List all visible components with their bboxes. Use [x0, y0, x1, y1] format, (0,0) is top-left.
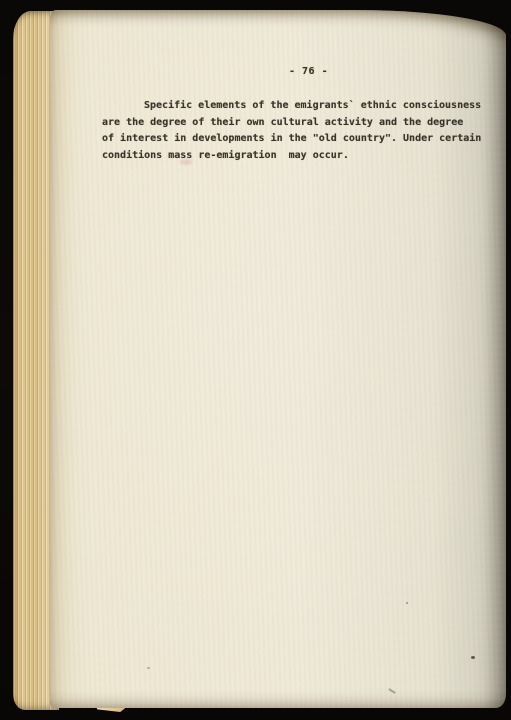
- text-line: of interest in developments in the "old …: [102, 131, 498, 148]
- speck: [406, 602, 408, 604]
- speck: [147, 667, 150, 669]
- photo-backdrop: - 76 - Specific elements of the emigrant…: [0, 0, 511, 720]
- ink-smudge: [180, 159, 192, 165]
- page-number: - 76 -: [289, 66, 328, 77]
- speck: [471, 656, 475, 659]
- body-paragraph: Specific elements of the emigrants` ethn…: [102, 98, 498, 164]
- text-line: Specific elements of the emigrants` ethn…: [102, 98, 498, 115]
- text-line: are the degree of their own cultural act…: [102, 115, 498, 132]
- text-line: conditions mass re-emigration may occur.: [102, 148, 498, 165]
- book-page: - 76 - Specific elements of the emigrant…: [50, 10, 506, 708]
